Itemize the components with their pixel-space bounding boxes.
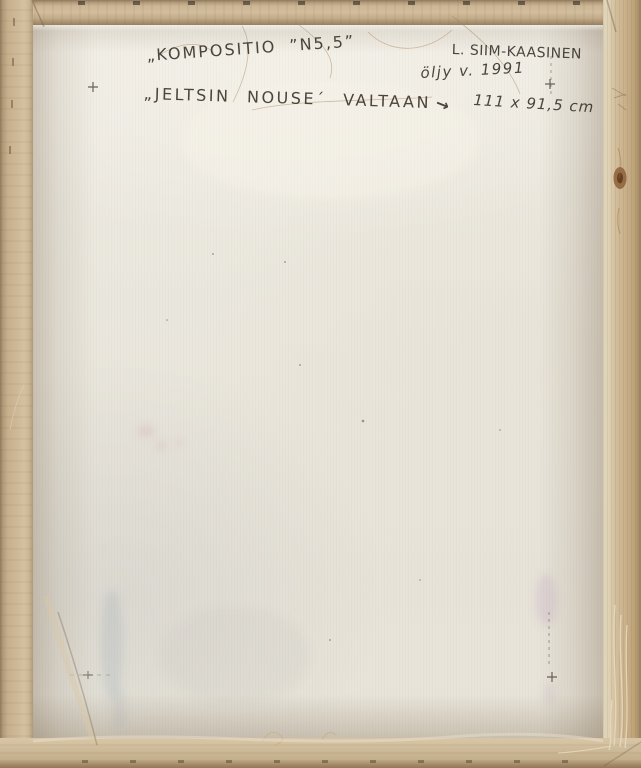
canvas-back xyxy=(0,0,641,768)
stretcher-bar-left xyxy=(0,0,33,768)
stretcher-bar-right xyxy=(603,0,641,768)
stretcher-bar-bottom xyxy=(0,738,641,768)
staples-top xyxy=(30,1,611,5)
canvas-highlight-top xyxy=(33,25,603,31)
staples-bottom xyxy=(40,760,596,763)
stretcher-bar-top xyxy=(0,0,641,25)
painting-verso-photo: „KOMPOSITIO ”N5,5” „JELTSIN NOUSE´ VALTA… xyxy=(0,0,641,768)
